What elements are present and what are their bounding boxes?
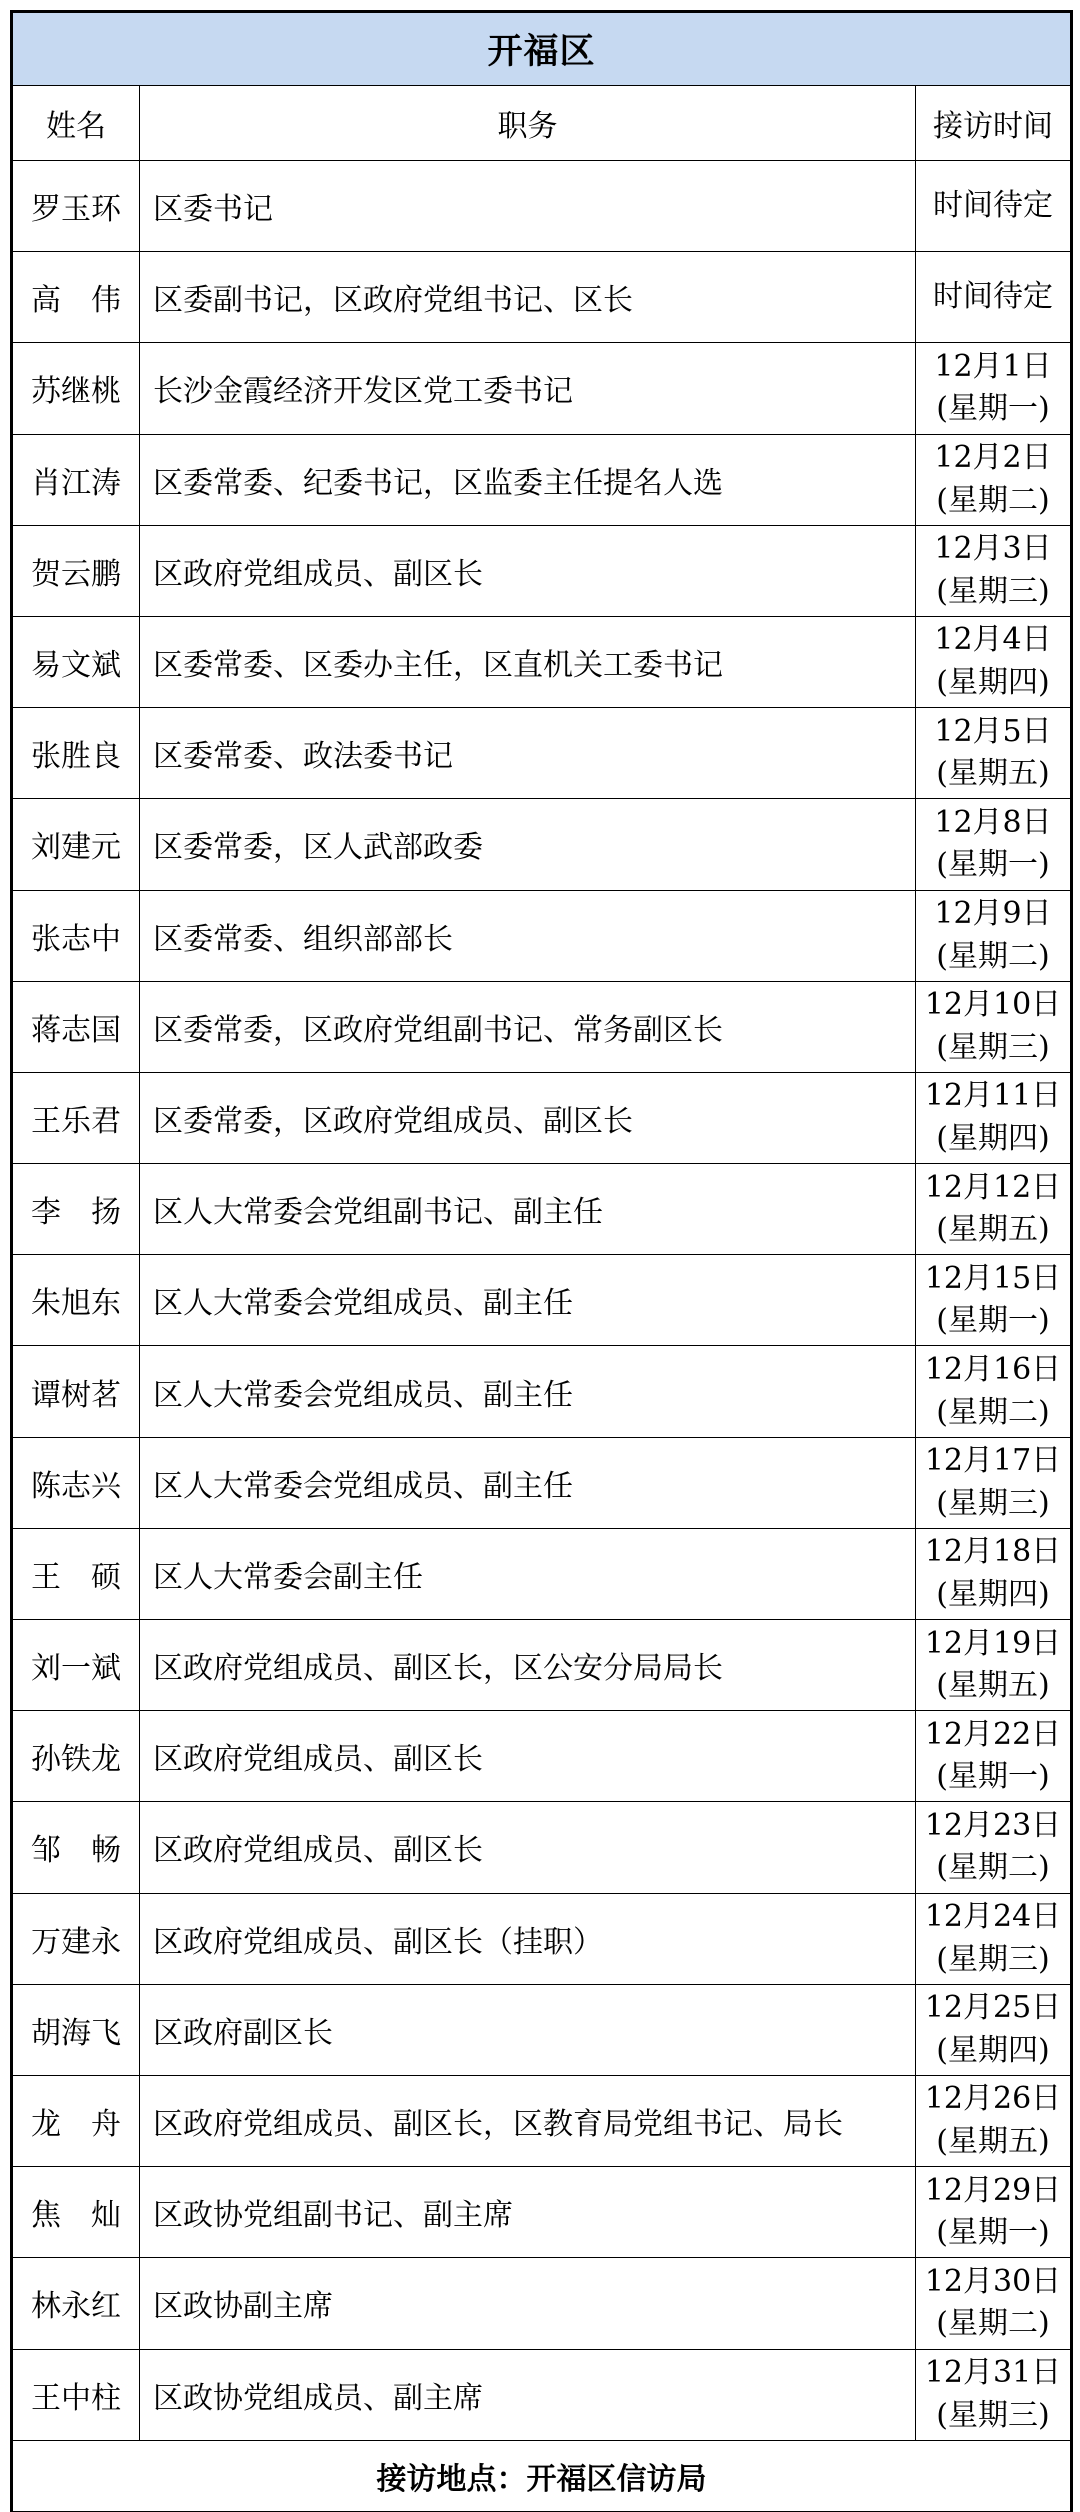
official-position: 区政府副区长 [140, 1984, 916, 2075]
reception-time-line: 12月8日 [918, 802, 1068, 845]
reception-time-line: 12月9日 [918, 893, 1068, 936]
reception-time: 12月17日(星期三) [916, 1437, 1072, 1528]
reception-time-line: (星期一) [918, 1300, 1068, 1343]
official-position: 区人大常委会党组副书记、副主任 [140, 1164, 916, 1255]
official-position: 区政协党组成员、副主席 [140, 2349, 916, 2440]
reception-time-line: (星期一) [918, 844, 1068, 887]
page: 开福区 姓名 职务 接访时间 罗玉环区委书记时间待定高 伟区委副书记，区政府党组… [0, 0, 1080, 2512]
reception-time: 12月9日(星期二) [916, 890, 1072, 981]
reception-time: 12月22日(星期一) [916, 1711, 1072, 1802]
table-row: 罗玉环区委书记时间待定 [12, 161, 1072, 252]
reception-time: 12月15日(星期一) [916, 1255, 1072, 1346]
reception-time: 时间待定 [916, 252, 1072, 343]
district-title: 开福区 [12, 12, 1072, 86]
table-row: 林永红区政协副主席12月30日(星期二) [12, 2258, 1072, 2349]
reception-time-line: (星期三) [918, 1483, 1068, 1526]
official-name: 胡海飞 [12, 1984, 140, 2075]
official-name: 万建永 [12, 1893, 140, 1984]
official-name: 张胜良 [12, 708, 140, 799]
table-row: 易文斌区委常委、区委办主任，区直机关工委书记12月4日(星期四) [12, 616, 1072, 707]
official-name: 王乐君 [12, 1072, 140, 1163]
official-position: 区政府党组成员、副区长 [140, 1711, 916, 1802]
reception-time: 12月1日(星期一) [916, 343, 1072, 434]
official-position: 区政府党组成员、副区长（挂职） [140, 1893, 916, 1984]
reception-time-line: (星期二) [918, 936, 1068, 979]
reception-time: 12月25日(星期四) [916, 1984, 1072, 2075]
col-header-name: 姓名 [12, 86, 140, 161]
official-position: 区政协党组副书记、副主席 [140, 2167, 916, 2258]
reception-time-line: 12月29日 [918, 2170, 1068, 2213]
official-name: 王中柱 [12, 2349, 140, 2440]
reception-time-line: (星期五) [918, 1665, 1068, 1708]
reception-time-line: (星期二) [918, 480, 1068, 523]
reception-time-line: (星期三) [918, 1027, 1068, 1070]
col-header-time: 接访时间 [916, 86, 1072, 161]
official-position: 区人大常委会党组成员、副主任 [140, 1346, 916, 1437]
reception-time: 12月3日(星期三) [916, 525, 1072, 616]
reception-time: 12月16日(星期二) [916, 1346, 1072, 1437]
official-name: 陈志兴 [12, 1437, 140, 1528]
official-position: 区人大常委会党组成员、副主任 [140, 1437, 916, 1528]
reception-time: 12月4日(星期四) [916, 616, 1072, 707]
reception-time-line: (星期五) [918, 1209, 1068, 1252]
official-position: 区委常委，区政府党组成员、副区长 [140, 1072, 916, 1163]
official-name: 贺云鹏 [12, 525, 140, 616]
official-name: 罗玉环 [12, 161, 140, 252]
reception-time: 12月23日(星期二) [916, 1802, 1072, 1893]
table-row: 朱旭东区人大常委会党组成员、副主任12月15日(星期一) [12, 1255, 1072, 1346]
table-row: 苏继桃长沙金霞经济开发区党工委书记12月1日(星期一) [12, 343, 1072, 434]
reception-time-line: 12月26日 [918, 2078, 1068, 2121]
col-header-position: 职务 [140, 86, 916, 161]
reception-time-line: 时间待定 [918, 185, 1068, 228]
official-name: 肖江涛 [12, 434, 140, 525]
reception-time-line: 12月22日 [918, 1714, 1068, 1757]
reception-time-line: 12月5日 [918, 711, 1068, 754]
table-row: 刘建元区委常委，区人武部政委12月8日(星期一) [12, 799, 1072, 890]
table-row: 胡海飞区政府副区长12月25日(星期四) [12, 1984, 1072, 2075]
reception-time-line: 12月11日 [918, 1075, 1068, 1118]
reception-time-line: 12月16日 [918, 1349, 1068, 1392]
reception-time-line: 12月25日 [918, 1987, 1068, 2030]
reception-time-line: 12月15日 [918, 1258, 1068, 1301]
reception-time-line: (星期四) [918, 1118, 1068, 1161]
official-name: 苏继桃 [12, 343, 140, 434]
reception-time-line: 12月19日 [918, 1623, 1068, 1666]
reception-time-line: (星期三) [918, 2395, 1068, 2438]
official-name: 王 硕 [12, 1528, 140, 1619]
reception-location: 接访地点：开福区信访局 [12, 2440, 1072, 2512]
reception-time-line: 12月24日 [918, 1896, 1068, 1939]
reception-time: 时间待定 [916, 161, 1072, 252]
table-row: 谭树茗区人大常委会党组成员、副主任12月16日(星期二) [12, 1346, 1072, 1437]
table-row: 万建永区政府党组成员、副区长（挂职）12月24日(星期三) [12, 1893, 1072, 1984]
reception-time-line: 12月4日 [918, 619, 1068, 662]
official-position: 区委常委，区政府党组副书记、常务副区长 [140, 981, 916, 1072]
reception-time-line: 12月10日 [918, 984, 1068, 1027]
reception-time-line: (星期五) [918, 2121, 1068, 2164]
reception-time-line: 12月2日 [918, 437, 1068, 480]
reception-time-line: (星期四) [918, 662, 1068, 705]
table-row: 贺云鹏区政府党组成员、副区长12月3日(星期三) [12, 525, 1072, 616]
schedule-rows: 罗玉环区委书记时间待定高 伟区委副书记，区政府党组书记、区长时间待定苏继桃长沙金… [12, 161, 1072, 2441]
reception-time: 12月18日(星期四) [916, 1528, 1072, 1619]
reception-time: 12月10日(星期三) [916, 981, 1072, 1072]
reception-time-line: (星期二) [918, 1392, 1068, 1435]
official-position: 区委常委，区人武部政委 [140, 799, 916, 890]
official-name: 高 伟 [12, 252, 140, 343]
official-position: 区政府党组成员、副区长，区教育局党组书记、局长 [140, 2075, 916, 2166]
reception-time-line: 12月18日 [918, 1531, 1068, 1574]
official-position: 区委常委、政法委书记 [140, 708, 916, 799]
table-row: 龙 舟区政府党组成员、副区长，区教育局党组书记、局长12月26日(星期五) [12, 2075, 1072, 2166]
official-position: 长沙金霞经济开发区党工委书记 [140, 343, 916, 434]
reception-time: 12月31日(星期三) [916, 2349, 1072, 2440]
official-name: 林永红 [12, 2258, 140, 2349]
column-header-row: 姓名 职务 接访时间 [12, 86, 1072, 161]
table-row: 孙铁龙区政府党组成员、副区长12月22日(星期一) [12, 1711, 1072, 1802]
official-name: 谭树茗 [12, 1346, 140, 1437]
official-position: 区委副书记，区政府党组书记、区长 [140, 252, 916, 343]
table-row: 陈志兴区人大常委会党组成员、副主任12月17日(星期三) [12, 1437, 1072, 1528]
reception-time-line: 12月12日 [918, 1167, 1068, 1210]
reception-time: 12月24日(星期三) [916, 1893, 1072, 1984]
table-row: 李 扬区人大常委会党组副书记、副主任12月12日(星期五) [12, 1164, 1072, 1255]
table-row: 张胜良区委常委、政法委书记12月5日(星期五) [12, 708, 1072, 799]
reception-time-line: (星期一) [918, 2212, 1068, 2255]
reception-time: 12月11日(星期四) [916, 1072, 1072, 1163]
reception-time-line: (星期四) [918, 1574, 1068, 1617]
reception-time-line: (星期三) [918, 571, 1068, 614]
reception-time: 12月5日(星期五) [916, 708, 1072, 799]
table-row: 邹 畅区政府党组成员、副区长12月23日(星期二) [12, 1802, 1072, 1893]
reception-time-line: (星期五) [918, 753, 1068, 796]
reception-time: 12月12日(星期五) [916, 1164, 1072, 1255]
official-position: 区政府党组成员、副区长 [140, 525, 916, 616]
reception-time: 12月19日(星期五) [916, 1620, 1072, 1711]
reception-time-line: 12月1日 [918, 346, 1068, 389]
official-position: 区政协副主席 [140, 2258, 916, 2349]
reception-time-line: 12月31日 [918, 2352, 1068, 2395]
official-position: 区委常委、区委办主任，区直机关工委书记 [140, 616, 916, 707]
reception-time-line: 12月3日 [918, 528, 1068, 571]
table-row: 王 硕区人大常委会副主任12月18日(星期四) [12, 1528, 1072, 1619]
reception-time: 12月8日(星期一) [916, 799, 1072, 890]
table-row: 焦 灿区政协党组副书记、副主席12月29日(星期一) [12, 2167, 1072, 2258]
reception-time-line: (星期四) [918, 2030, 1068, 2073]
official-name: 朱旭东 [12, 1255, 140, 1346]
reception-time-line: (星期二) [918, 1847, 1068, 1890]
reception-time-line: 12月30日 [918, 2261, 1068, 2304]
official-name: 焦 灿 [12, 2167, 140, 2258]
official-name: 孙铁龙 [12, 1711, 140, 1802]
reception-time: 12月30日(星期二) [916, 2258, 1072, 2349]
official-position: 区政府党组成员、副区长，区公安分局局长 [140, 1620, 916, 1711]
official-name: 刘建元 [12, 799, 140, 890]
district-title-row: 开福区 [12, 12, 1072, 86]
reception-time-line: (星期二) [918, 2303, 1068, 2346]
reception-time-line: 12月17日 [918, 1440, 1068, 1483]
table-row: 高 伟区委副书记，区政府党组书记、区长时间待定 [12, 252, 1072, 343]
official-name: 李 扬 [12, 1164, 140, 1255]
official-name: 邹 畅 [12, 1802, 140, 1893]
official-name: 刘一斌 [12, 1620, 140, 1711]
official-name: 龙 舟 [12, 2075, 140, 2166]
official-position: 区委书记 [140, 161, 916, 252]
table-row: 张志中区委常委、组织部部长12月9日(星期二) [12, 890, 1072, 981]
reception-time-line: (星期一) [918, 1756, 1068, 1799]
table-row: 蒋志国区委常委，区政府党组副书记、常务副区长12月10日(星期三) [12, 981, 1072, 1072]
official-name: 张志中 [12, 890, 140, 981]
reception-time-line: 12月23日 [918, 1805, 1068, 1848]
reception-time: 12月2日(星期二) [916, 434, 1072, 525]
official-position: 区委常委、纪委书记，区监委主任提名人选 [140, 434, 916, 525]
table-row: 刘一斌区政府党组成员、副区长，区公安分局局长12月19日(星期五) [12, 1620, 1072, 1711]
official-position: 区人大常委会党组成员、副主任 [140, 1255, 916, 1346]
reception-time-line: (星期一) [918, 388, 1068, 431]
table-row: 肖江涛区委常委、纪委书记，区监委主任提名人选12月2日(星期二) [12, 434, 1072, 525]
official-position: 区人大常委会副主任 [140, 1528, 916, 1619]
official-position: 区政府党组成员、副区长 [140, 1802, 916, 1893]
official-name: 蒋志国 [12, 981, 140, 1072]
reception-time: 12月26日(星期五) [916, 2075, 1072, 2166]
reception-time: 12月29日(星期一) [916, 2167, 1072, 2258]
table-row: 王乐君区委常委，区政府党组成员、副区长12月11日(星期四) [12, 1072, 1072, 1163]
footer-row: 接访地点：开福区信访局 [12, 2440, 1072, 2512]
official-position: 区委常委、组织部部长 [140, 890, 916, 981]
reception-time-line: 时间待定 [918, 276, 1068, 319]
table-row: 王中柱区政协党组成员、副主席12月31日(星期三) [12, 2349, 1072, 2440]
official-name: 易文斌 [12, 616, 140, 707]
reception-schedule-table: 开福区 姓名 职务 接访时间 罗玉环区委书记时间待定高 伟区委副书记，区政府党组… [10, 10, 1073, 2512]
reception-time-line: (星期三) [918, 1939, 1068, 1982]
